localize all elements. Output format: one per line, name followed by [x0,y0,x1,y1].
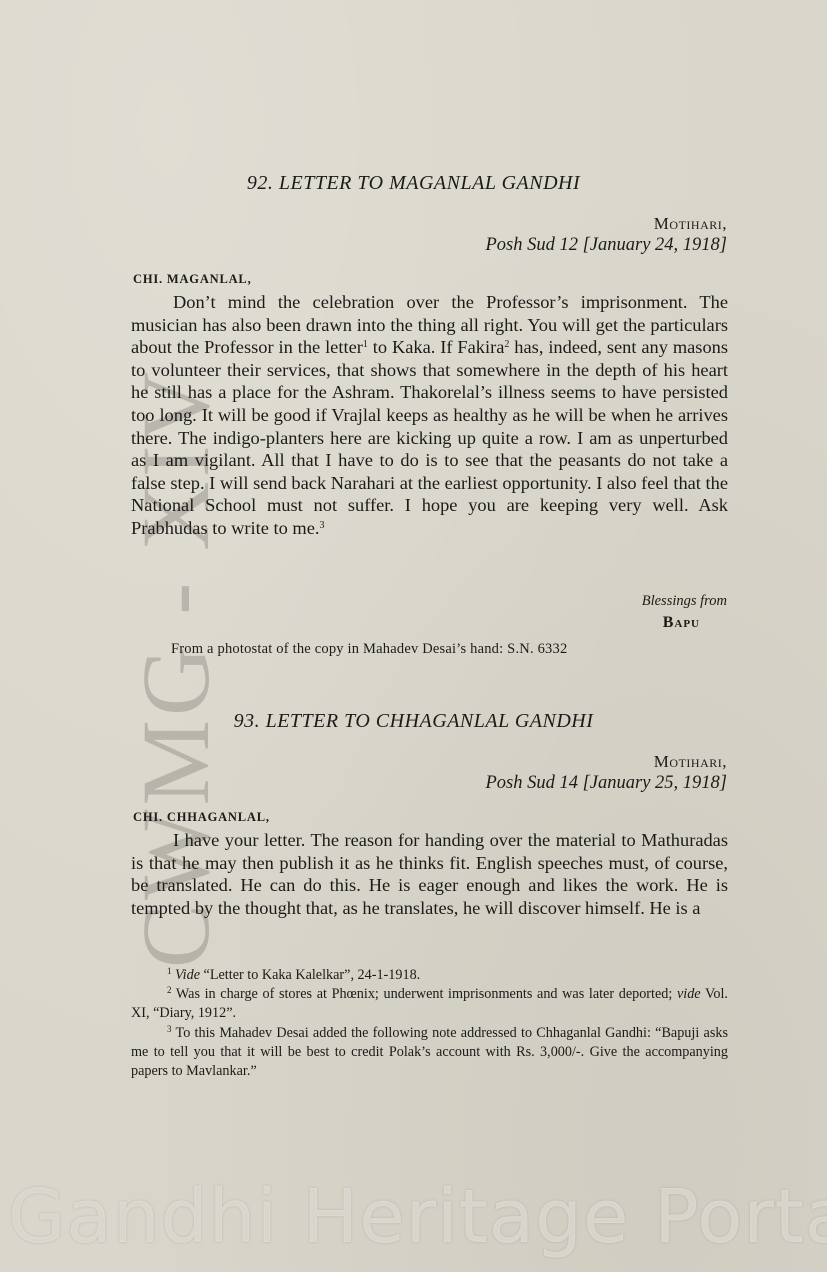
footnote-2: 2 Was in charge of stores at Phœnix; und… [131,985,728,1023]
letter-92-heading: 92. LETTER TO MAGANLAL GANDHI [0,172,827,195]
letter-92-source: From a photostat of the copy in Mahadev … [171,641,567,658]
letter-92-salutation: CHI. MAGANLAL, [133,272,252,287]
letter-92-body: Don’t mind the celebration over the Prof… [131,291,728,540]
portal-watermark: Gandhi Heritage Portal [8,1180,823,1254]
letter-92-date: Posh Sud 12 [January 24, 1918] [485,235,727,256]
document-page: CWMG - XIV 92. LETTER TO MAGANLAL GANDHI… [0,0,827,1272]
footnotes: 1 Vide “Letter to Kaka Kalelkar”, 24-1-1… [131,966,728,1081]
footnote-ref-3[interactable]: 3 [319,520,324,531]
letter-93-place: Motihari, [654,752,727,772]
footnote-1: 1 Vide “Letter to Kaka Kalelkar”, 24-1-1… [131,966,728,985]
letter-93-heading: 93. LETTER TO CHHAGANLAL GANDHI [0,710,827,733]
letter-93-body: I have your letter. The reason for handi… [131,829,728,919]
letter-93-date: Posh Sud 14 [January 25, 1918] [485,773,727,794]
letter-92-signature: Bapu [663,614,700,632]
letter-93-salutation: CHI. CHHAGANLAL, [133,810,270,825]
footnote-3: 3 To this Mahadev Desai added the follow… [131,1024,728,1082]
letter-92-closing: Blessings from [642,593,727,610]
letter-92-place: Motihari, [654,214,727,234]
